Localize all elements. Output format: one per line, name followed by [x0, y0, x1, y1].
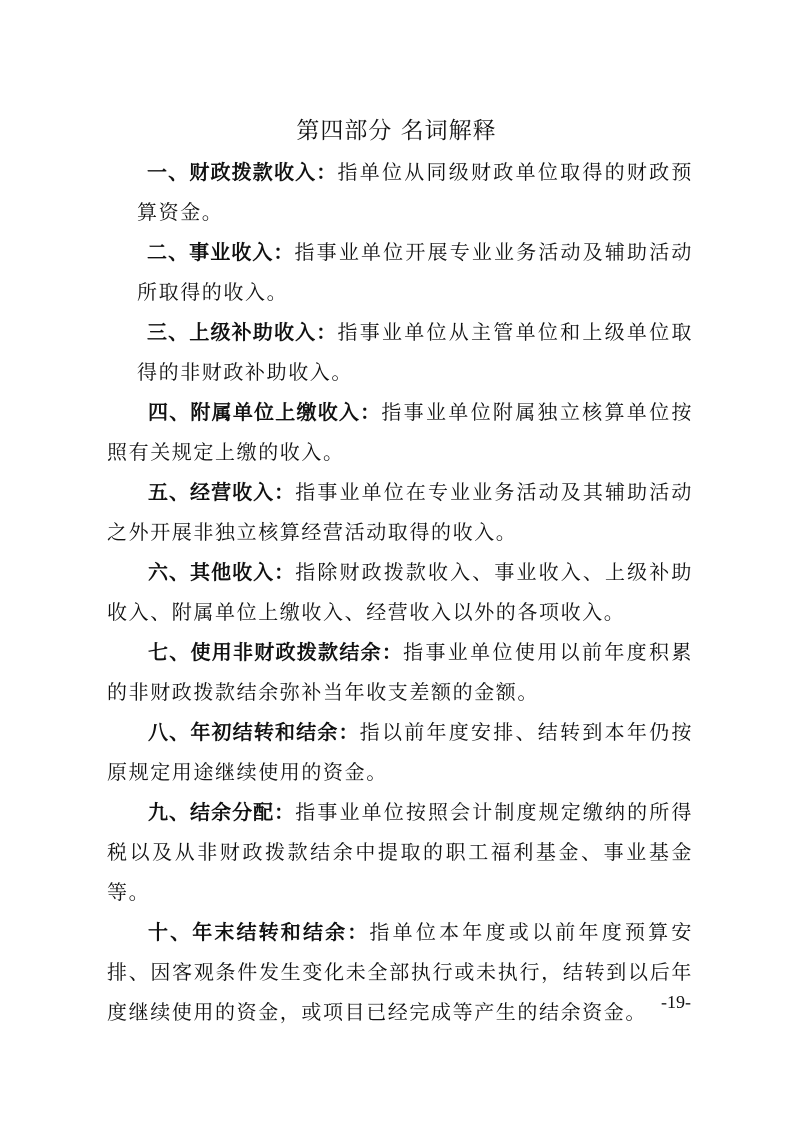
document-page: 第四部分 名词解释 一、财政拨款收入：指单位从同级财政单位取得的财政预算资金。 … — [0, 0, 793, 1122]
glossary-item-6: 六、其他收入：指除财政拨款收入、事业收入、上级补助收入、附属单位上缴收入、经营收… — [107, 552, 693, 632]
glossary-term: 八、年初结转和结余： — [148, 720, 360, 744]
glossary-term: 九、结余分配： — [148, 800, 295, 824]
glossary-term: 一、财政拨款收入： — [147, 160, 337, 184]
glossary-item-2: 二、事业收入：指事业单位开展专业业务活动及辅助活动所取得的收入。 — [137, 232, 693, 312]
glossary-term: 三、上级补助收入： — [147, 320, 337, 344]
glossary-term: 十、年末结转和结余： — [148, 920, 369, 944]
glossary-term: 七、使用非财政拨款结余： — [148, 640, 403, 664]
glossary-item-1: 一、财政拨款收入：指单位从同级财政单位取得的财政预算资金。 — [137, 152, 693, 232]
glossary-item-3: 三、上级补助收入：指事业单位从主管单位和上级单位取得的非财政补助收入。 — [137, 312, 693, 392]
glossary-term: 四、附属单位上缴收入： — [148, 400, 381, 424]
glossary-term: 二、事业收入： — [147, 240, 295, 264]
glossary-item-5: 五、经营收入：指事业单位在专业业务活动及其辅助活动之外开展非独立核算经营活动取得… — [107, 472, 693, 552]
glossary-item-8: 八、年初结转和结余：指以前年度安排、结转到本年仍按原规定用途继续使用的资金。 — [107, 712, 693, 792]
page-title: 第四部分 名词解释 — [0, 112, 793, 145]
glossary-body: 一、财政拨款收入：指单位从同级财政单位取得的财政预算资金。 二、事业收入：指事业… — [107, 152, 693, 1032]
glossary-item-9: 九、结余分配：指事业单位按照会计制度规定缴纳的所得税以及从非财政拨款结余中提取的… — [107, 792, 693, 912]
glossary-item-7: 七、使用非财政拨款结余：指事业单位使用以前年度积累的非财政拨款结余弥补当年收支差… — [107, 632, 693, 712]
page-number: -19- — [661, 992, 691, 1013]
glossary-term: 五、经营收入： — [148, 480, 295, 504]
glossary-term: 六、其他收入： — [148, 560, 295, 584]
glossary-item-10: 十、年末结转和结余：指单位本年度或以前年度预算安排、因客观条件发生变化未全部执行… — [107, 912, 693, 1032]
glossary-item-4: 四、附属单位上缴收入：指事业单位附属独立核算单位按照有关规定上缴的收入。 — [107, 392, 693, 472]
